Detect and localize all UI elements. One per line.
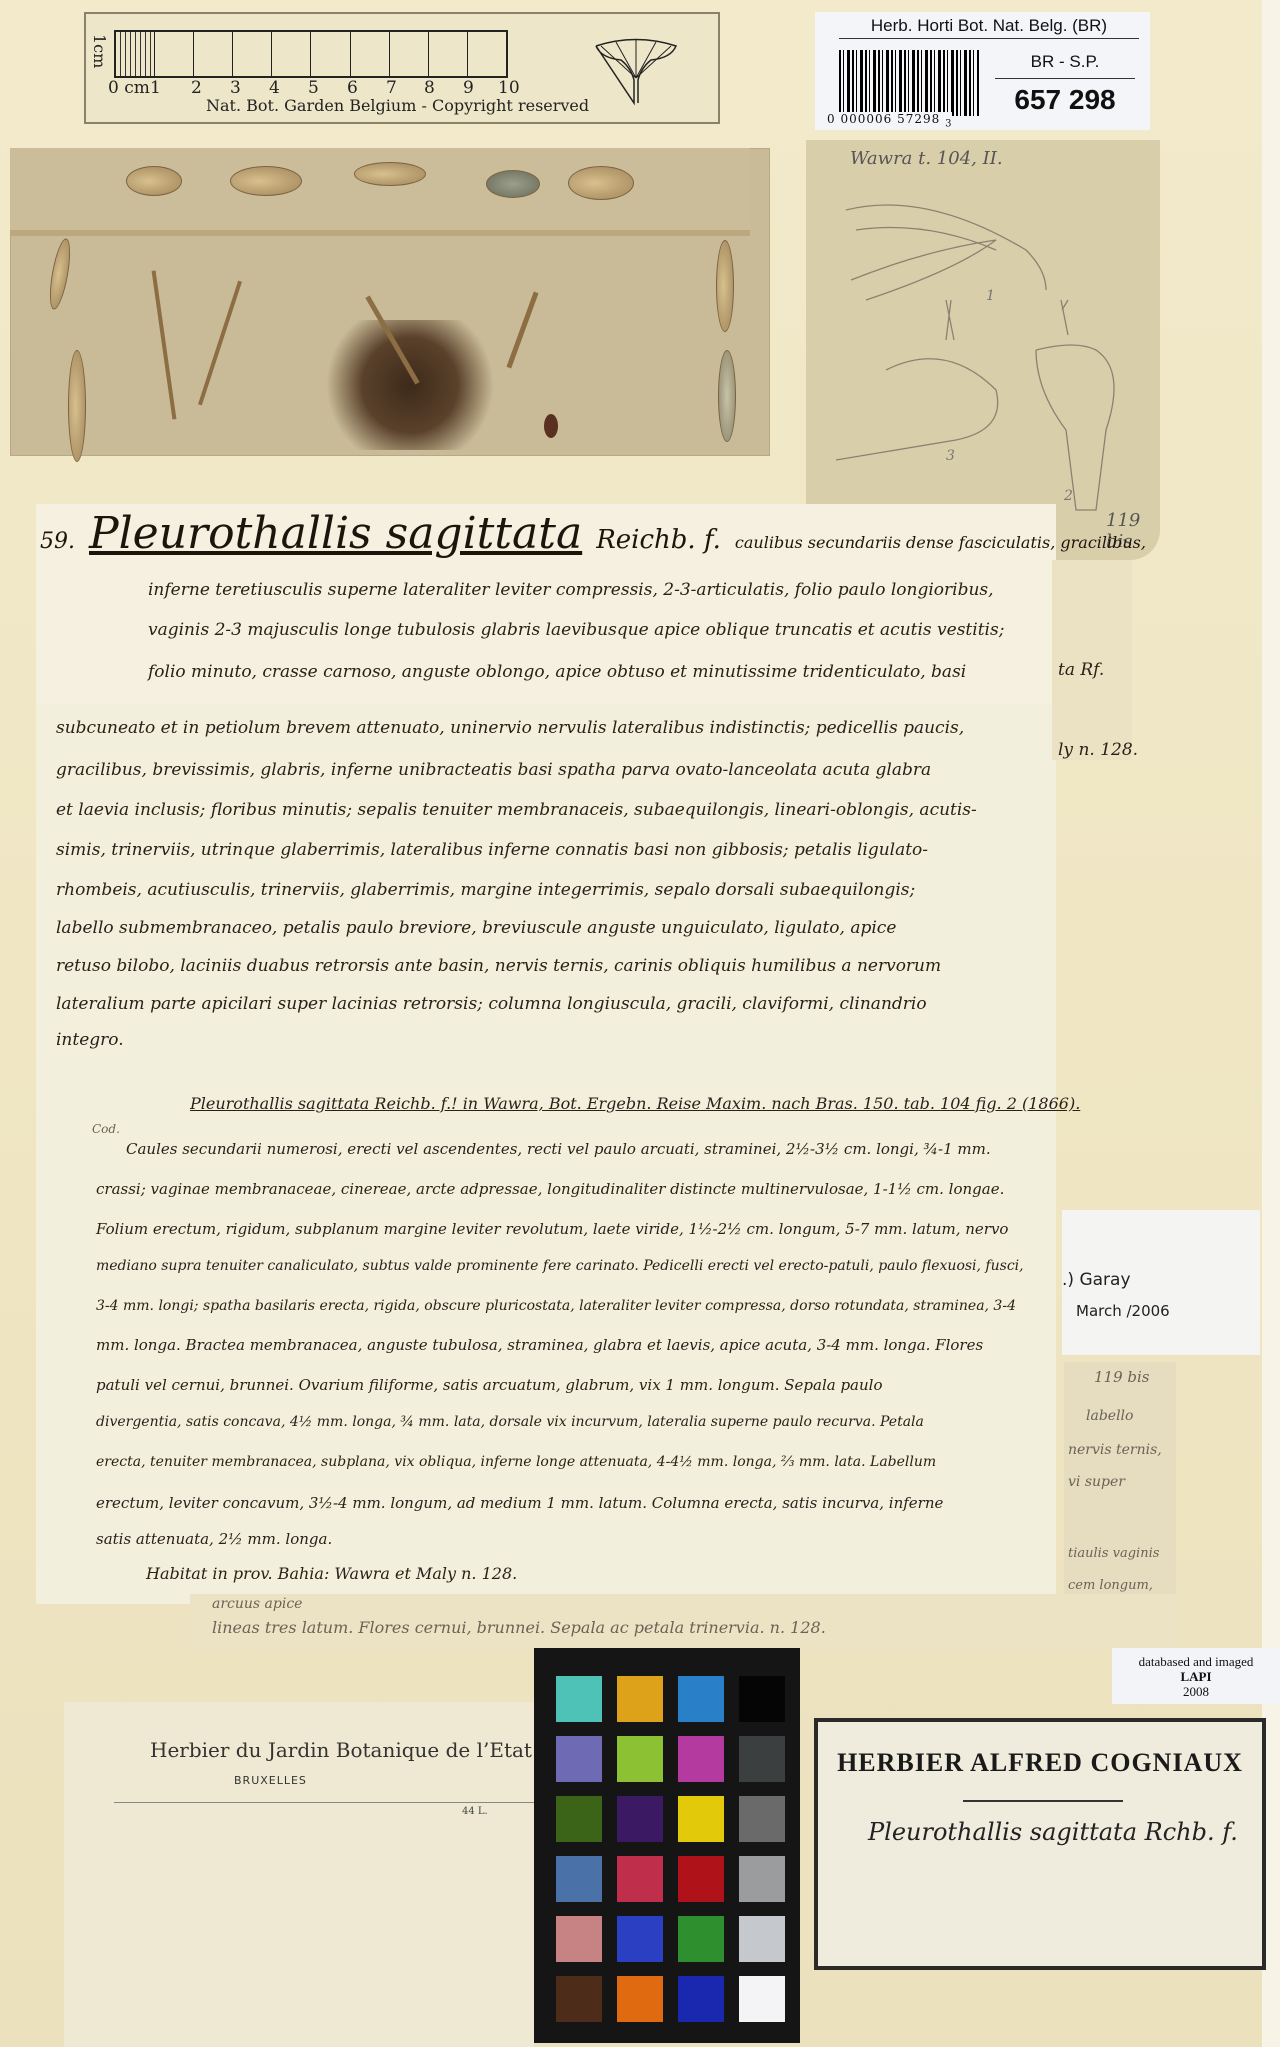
color-swatch bbox=[617, 1856, 663, 1902]
body-line: Folium erectum, rigidum, subplanum margi… bbox=[96, 1220, 1008, 1238]
svg-text:3: 3 bbox=[946, 448, 955, 464]
dried-leaf bbox=[68, 350, 86, 462]
determination-date: March /2006 bbox=[1076, 1302, 1170, 1320]
citation: Pleurothallis sagittata Reichb. f.! in W… bbox=[190, 1094, 1080, 1113]
color-swatch bbox=[617, 1796, 663, 1842]
description-line: lateralium parte apicilari super lacinia… bbox=[56, 994, 927, 1014]
br-label-city: BRUXELLES bbox=[234, 1774, 307, 1787]
barcode bbox=[839, 50, 979, 116]
ruler-vertical-label: 1cm bbox=[90, 34, 109, 68]
barcode-digits: 0 000006 57298 3 bbox=[827, 112, 952, 129]
color-swatch bbox=[739, 1916, 785, 1962]
ruler-bar bbox=[114, 30, 508, 78]
color-swatch bbox=[556, 1916, 602, 1962]
dried-leaf bbox=[716, 240, 734, 332]
institution-name: Herb. Horti Bot. Nat. Belg. (BR) bbox=[839, 16, 1139, 39]
color-swatch bbox=[617, 1736, 663, 1782]
color-swatch bbox=[617, 1976, 663, 2022]
color-swatch bbox=[617, 1676, 663, 1722]
dried-fruit bbox=[544, 414, 558, 438]
specimen-number: 657 298 bbox=[995, 84, 1135, 116]
color-swatch bbox=[678, 1796, 724, 1842]
color-checker bbox=[534, 1648, 800, 2043]
description-line: retuso bilobo, laciniis duabus retrorsis… bbox=[56, 956, 941, 976]
description-line: subcuneato et in petiolum brevem attenua… bbox=[56, 718, 964, 738]
color-swatch bbox=[556, 1856, 602, 1902]
pencil-note-strip: arcuus apice lineas tres latum. Flores c… bbox=[190, 1594, 1180, 1650]
color-swatch bbox=[678, 1736, 724, 1782]
determiner: .) Garay bbox=[1062, 1270, 1131, 1290]
dried-leaf bbox=[486, 170, 540, 198]
barcode-label: Herb. Horti Bot. Nat. Belg. (BR) 0 00000… bbox=[815, 12, 1150, 130]
habitat: Habitat in prov. Bahia: Wawra et Maly n.… bbox=[146, 1564, 517, 1583]
body-line: 3-4 mm. longi; spatha basilaris erecta, … bbox=[96, 1298, 1016, 1314]
color-swatch bbox=[739, 1736, 785, 1782]
color-swatch bbox=[739, 1976, 785, 2022]
dried-leaf bbox=[354, 162, 426, 186]
body-line: erectum, leviter concavum, 3½-4 mm. long… bbox=[96, 1494, 943, 1512]
color-swatch bbox=[678, 1916, 724, 1962]
body-line: patuli vel cernui, brunnei. Ovarium fili… bbox=[96, 1376, 882, 1394]
dried-leaf bbox=[568, 166, 634, 200]
br-label-title: Herbier du Jardin Botanique de l’Etat bbox=[150, 1738, 532, 1762]
description-line: inferne teretiusculis superne lateralite… bbox=[148, 580, 994, 600]
collection-code: BR - S.P. bbox=[995, 52, 1135, 79]
body-line: erecta, tenuiter membranacea, subplana, … bbox=[96, 1454, 936, 1470]
side-note-slip: ta Rf. ly n. 128. bbox=[1052, 560, 1132, 760]
dried-leaf bbox=[126, 166, 182, 196]
body-line: Caules secundarii numerosi, erecti vel a… bbox=[126, 1140, 991, 1158]
color-swatch bbox=[678, 1976, 724, 2022]
svg-text:1: 1 bbox=[986, 288, 995, 304]
description-line: rhombeis, acutiusculis, trinerviis, glab… bbox=[56, 880, 915, 900]
packet-fold bbox=[10, 148, 750, 236]
color-swatch bbox=[617, 1916, 663, 1962]
color-swatch bbox=[556, 1796, 602, 1842]
cogniaux-herbarium-label: HERBIER ALFRED COGNIAUX Pleurothallis sa… bbox=[814, 1718, 1266, 1970]
form-number: 44 L. bbox=[462, 1806, 488, 1817]
description-line: simis, trinerviis, utrinque glaberrimis,… bbox=[56, 840, 928, 860]
pencil-sketch-sheet: Wawra t. 104, II. 1 2 3 119 bis bbox=[806, 140, 1160, 560]
svg-text:2: 2 bbox=[1063, 488, 1073, 504]
description-line: gracilibus, brevissimis, glabris, infern… bbox=[56, 760, 931, 780]
body-line: crassi; vaginae membranaceae, cinereae, … bbox=[96, 1180, 1004, 1198]
description-line: labello submembranaceo, petalis paulo br… bbox=[56, 918, 896, 938]
description-line: et laevia inclusis; floribus minutis; se… bbox=[56, 800, 977, 820]
pencil-note-slip: 119 bis labello nervis ternis, vi super … bbox=[1064, 1362, 1176, 1632]
color-swatch bbox=[556, 1976, 602, 2022]
description-line: integro. bbox=[56, 1030, 124, 1050]
plant-roots bbox=[310, 320, 510, 450]
determination-slip: .) Garay March /2006 bbox=[1062, 1210, 1260, 1355]
cogniaux-species-name: Pleurothallis sagittata Rchb. f. bbox=[868, 1818, 1238, 1846]
description-line: vaginis 2-3 majusculis longe tubulosis g… bbox=[148, 620, 1004, 640]
flower-sketch-icon: 1 2 3 bbox=[806, 170, 1160, 530]
sketch-heading: Wawra t. 104, II. bbox=[850, 148, 1003, 169]
imaging-label: databased and imaged LAPI 2008 bbox=[1112, 1648, 1280, 1704]
margin-note: Cod. bbox=[92, 1122, 120, 1136]
dried-leaf bbox=[718, 350, 736, 442]
scale-ruler: 1cm 0 cm 1 2 3 4 5 6 7 8 9 10 Nat. Bot. … bbox=[84, 12, 720, 124]
ornament-divider bbox=[963, 1800, 1123, 1802]
body-line: satis attenuata, 2½ mm. longa. bbox=[96, 1530, 332, 1548]
color-swatch bbox=[678, 1856, 724, 1902]
br-herbarium-label: Herbier du Jardin Botanique de l’Etat BR… bbox=[64, 1702, 534, 2047]
ruler-caption: Nat. Bot. Garden Belgium - Copyright res… bbox=[206, 96, 589, 115]
color-swatch bbox=[739, 1856, 785, 1902]
description-line: folio minuto, crasse carnoso, anguste ob… bbox=[148, 662, 966, 682]
species-title: 59. Pleurothallis sagittata Reichb. f. c… bbox=[40, 508, 1146, 559]
body-line: divergentia, satis concava, 4½ mm. longa… bbox=[96, 1414, 924, 1430]
body-line: mediano supra tenuiter canaliculato, sub… bbox=[96, 1258, 1024, 1274]
color-swatch bbox=[556, 1676, 602, 1722]
cogniaux-title: HERBIER ALFRED COGNIAUX bbox=[818, 1748, 1262, 1778]
color-swatch bbox=[739, 1796, 785, 1842]
color-swatch bbox=[739, 1676, 785, 1722]
color-swatch bbox=[556, 1736, 602, 1782]
divider bbox=[114, 1802, 534, 1803]
botanical-garden-logo-icon bbox=[591, 28, 681, 106]
dried-leaf bbox=[230, 166, 302, 196]
body-line: mm. longa. Bractea membranacea, anguste … bbox=[96, 1336, 983, 1354]
color-swatch bbox=[678, 1676, 724, 1722]
